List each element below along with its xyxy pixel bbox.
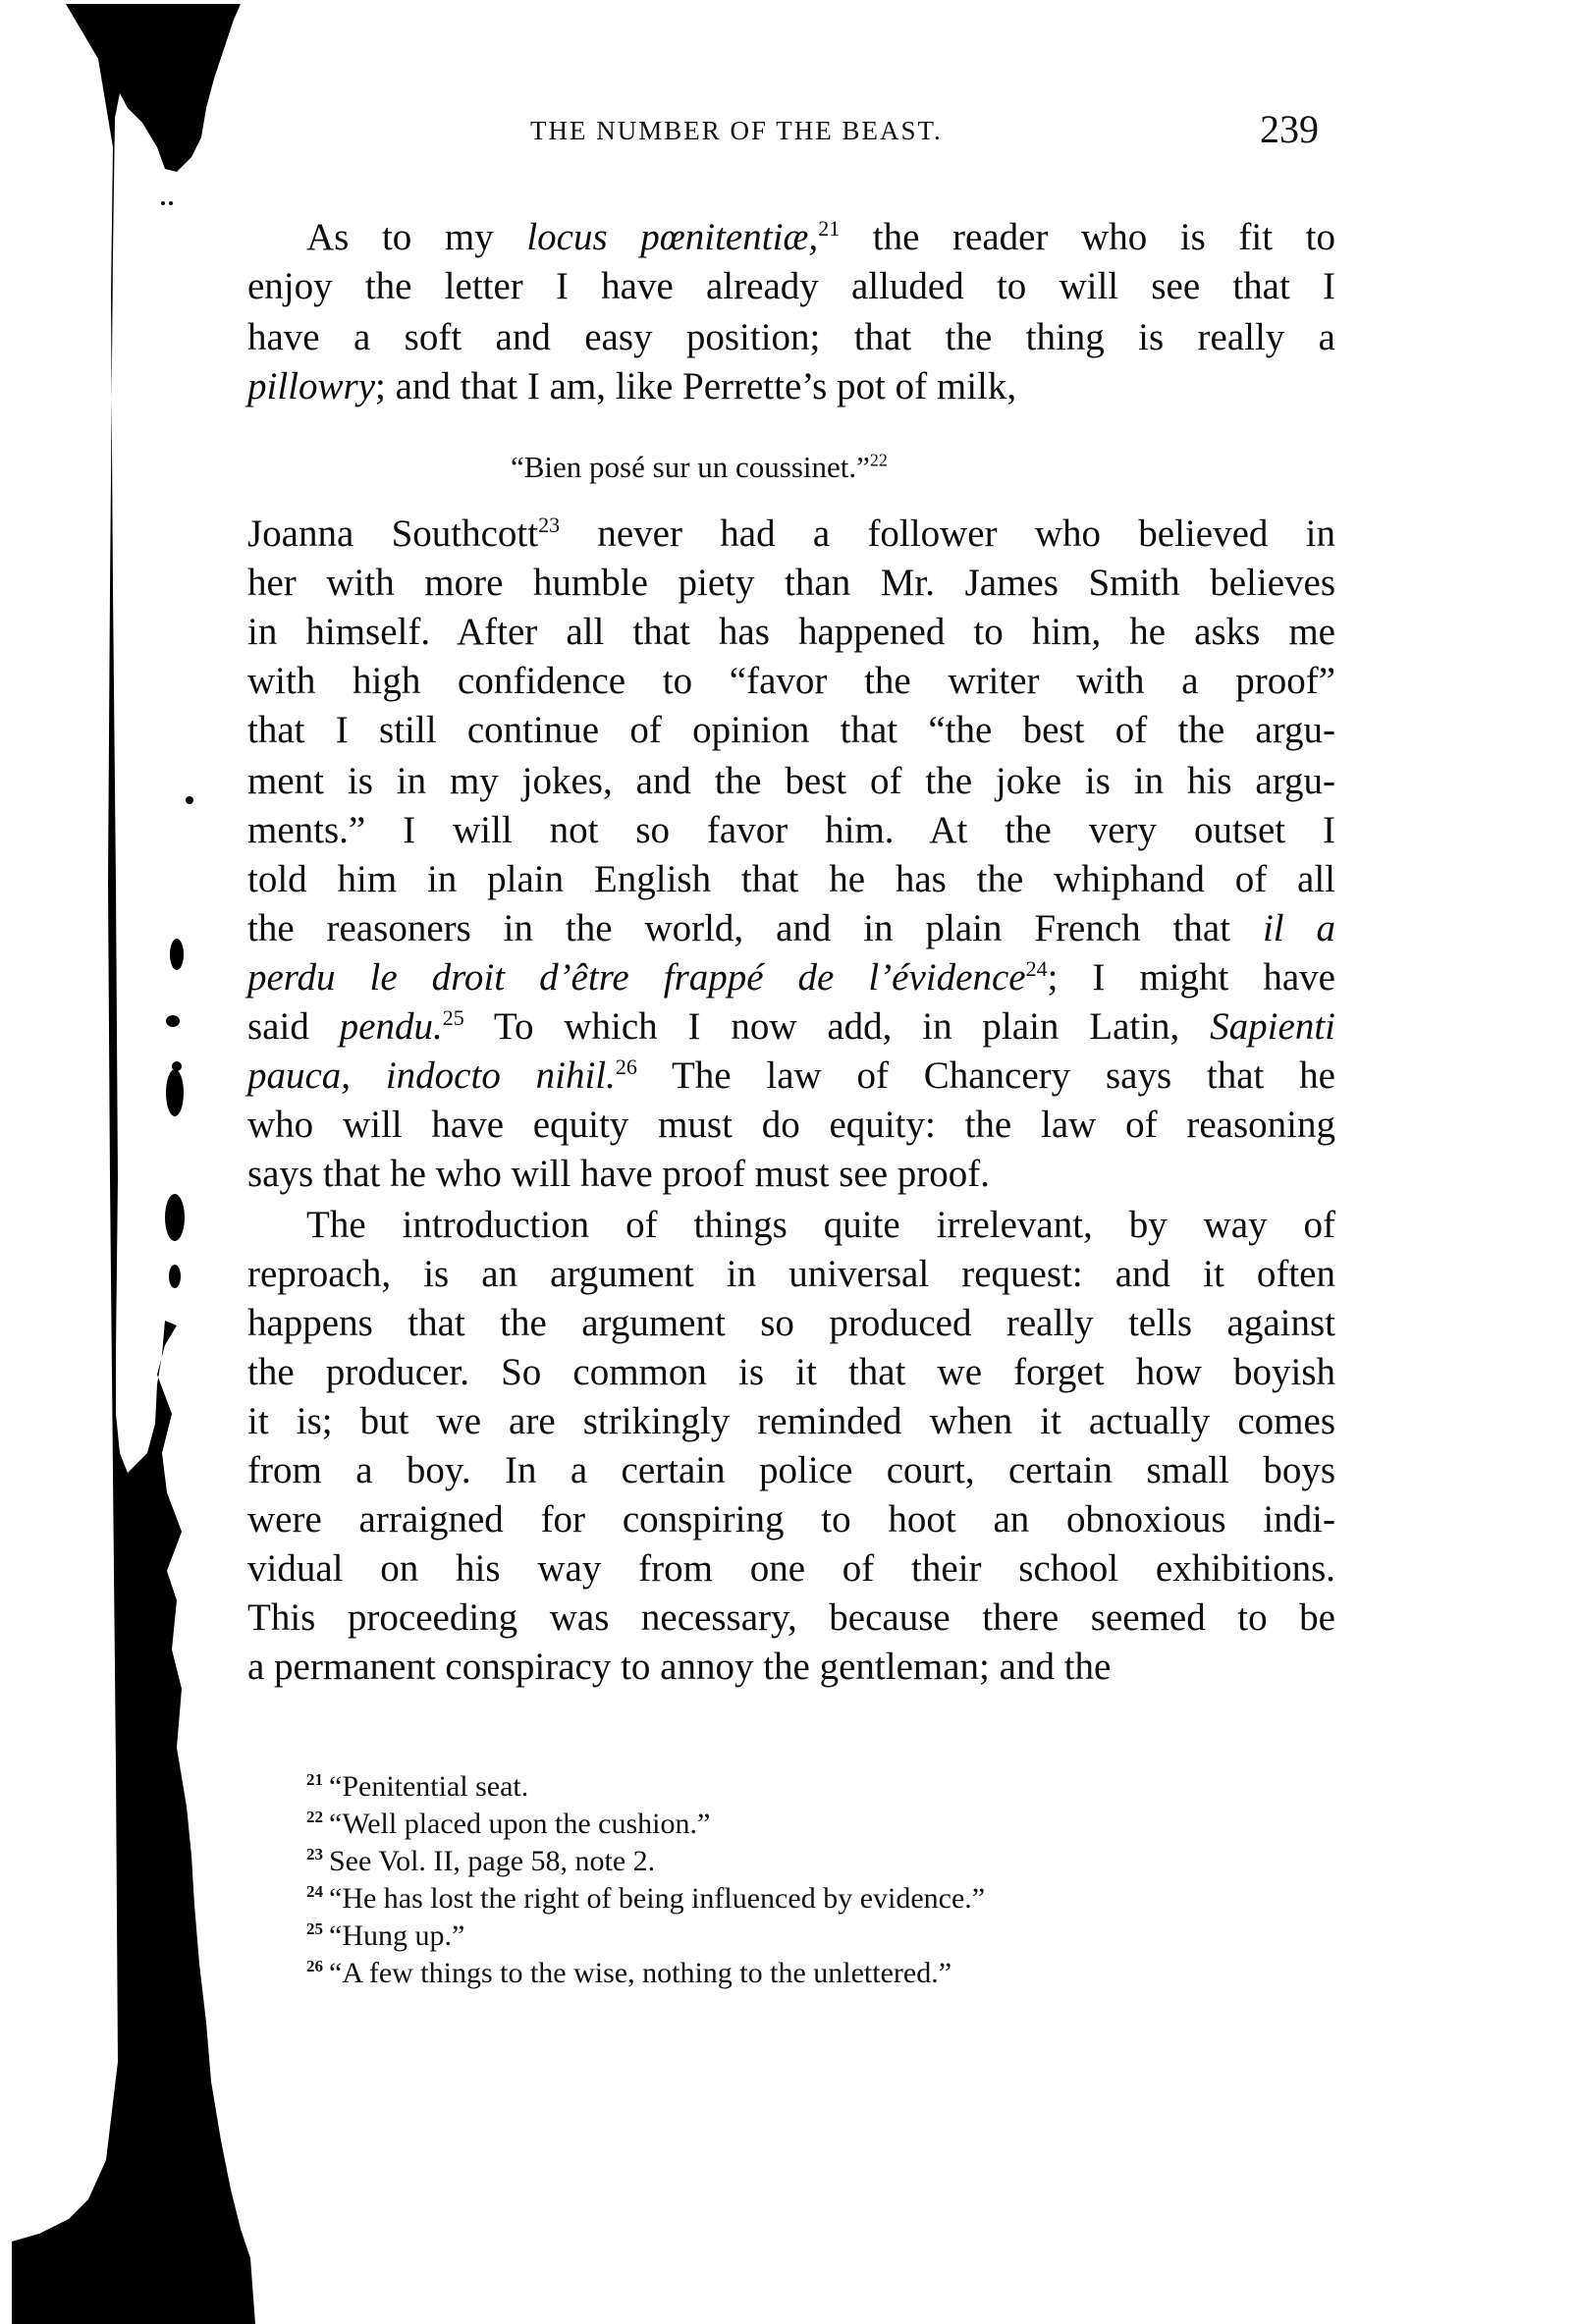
text-line: her with more humble piety than Mr. Jame…: [247, 562, 1335, 605]
text-line: it is; but we are strikingly reminded wh…: [247, 1400, 1335, 1443]
text-line: This proceeding was necessary, because t…: [247, 1596, 1335, 1640]
footnote: 22“Well placed upon the cushion.”: [306, 1800, 710, 1842]
italic-text: il a: [1263, 907, 1335, 949]
text-line: have a soft and easy position; that the …: [247, 316, 1335, 359]
italic-text: locus pœnitentiæ,: [526, 216, 818, 258]
text-line: As to my locus pœnitentiæ,21 the reader …: [306, 216, 1335, 259]
text-line: a permanent conspiracy to annoy the gent…: [247, 1646, 1335, 1689]
text-line: who will have equity must do equity: the…: [247, 1104, 1335, 1147]
footnote-text: See Vol. II, page 58, note 2.: [329, 1845, 655, 1877]
italic-text: Sapienti: [1210, 1005, 1335, 1048]
text-line: Joanna Southcott23 never had a follower …: [247, 513, 1335, 556]
block-quote: “Bien posé sur un coussinet.”22: [511, 450, 888, 485]
footnote-ref: 24: [1026, 956, 1048, 981]
text-line: from a boy. In a certain police court, c…: [247, 1449, 1335, 1492]
text-line: says that he who will have proof must se…: [247, 1153, 1335, 1196]
text-line: reproach, is an argument in universal re…: [247, 1253, 1335, 1296]
footnote-ref: 25: [443, 1005, 464, 1030]
footnote-ref: 23: [538, 513, 560, 537]
text-line: The introduction of things quite irrelev…: [306, 1204, 1335, 1247]
footnote-text: “Hung up.”: [329, 1919, 464, 1952]
text-line: the producer. So common is it that we fo…: [247, 1351, 1335, 1394]
footnote: 23See Vol. II, page 58, note 2.: [306, 1837, 655, 1879]
footnote: 24“He has lost the right of being influe…: [306, 1874, 985, 1917]
book-page: THE NUMBER OF THE BEAST. 239 As to my lo…: [0, 0, 1576, 2324]
text-line: were arraigned for conspiring to hoot an…: [247, 1498, 1335, 1541]
footnote-ref: 21: [818, 216, 840, 241]
text-line: perdu le droit d’être frappé de l’éviden…: [247, 956, 1335, 1000]
text-line: with high confidence to “favor the write…: [247, 660, 1335, 703]
italic-text: perdu le droit d’être frappé de l’éviden…: [247, 956, 1026, 999]
text-line: in himself. After all that has happened …: [247, 611, 1335, 654]
footnote: 21“Penitential seat.: [306, 1762, 528, 1805]
footnote: 25“Hung up.”: [306, 1912, 464, 1954]
footnote-mark: 21: [306, 1770, 323, 1789]
footnote-text: “He has lost the right of being influenc…: [329, 1882, 985, 1915]
footnote-text: “Penitential seat.: [329, 1770, 528, 1803]
text-line: pauca, indocto nihil.26 The law of Chanc…: [247, 1054, 1335, 1098]
footnote-text: “Well placed upon the cushion.”: [329, 1808, 710, 1840]
footnote-mark: 25: [306, 1919, 323, 1938]
footnote: 26“A few things to the wise, nothing to …: [306, 1949, 951, 1991]
footnote-mark: 24: [306, 1882, 323, 1901]
text-line: ments.” I will not so favor him. At the …: [247, 809, 1335, 852]
footnote-ref: 22: [870, 451, 888, 470]
text-line: told him in plain English that he has th…: [247, 858, 1335, 901]
text-line: vidual on his way from one of their scho…: [247, 1547, 1335, 1591]
text-line: pillowry; and that I am, like Perrette’s…: [247, 365, 1335, 408]
footnote-mark: 26: [306, 1957, 323, 1975]
running-title: THE NUMBER OF THE BEAST.: [530, 116, 943, 146]
footnote-ref: 26: [616, 1054, 637, 1079]
footnote-text: “A few things to the wise, nothing to th…: [329, 1957, 951, 1989]
italic-text: pillowry: [247, 365, 375, 407]
footnote-mark: 23: [306, 1845, 323, 1864]
italic-text: pauca, indocto nihil.: [247, 1054, 616, 1097]
text-line: enjoy the letter I have already alluded …: [247, 265, 1335, 308]
text-line: ment is in my jokes, and the best of the…: [247, 760, 1335, 803]
text-line: that I still continue of opinion that “t…: [247, 709, 1335, 752]
italic-text: pendu.: [340, 1005, 443, 1048]
binding-shadow-icon: [0, 0, 255, 2324]
block-quote-text: “Bien posé sur un coussinet.”: [511, 450, 870, 484]
footnote-mark: 22: [306, 1808, 323, 1826]
text-line: the reasoners in the world, and in plain…: [247, 907, 1335, 950]
text-line: happens that the argument so produced re…: [247, 1302, 1335, 1345]
page-number: 239: [1260, 106, 1319, 152]
text-line: said pendu.25 To which I now add, in pla…: [247, 1005, 1335, 1049]
